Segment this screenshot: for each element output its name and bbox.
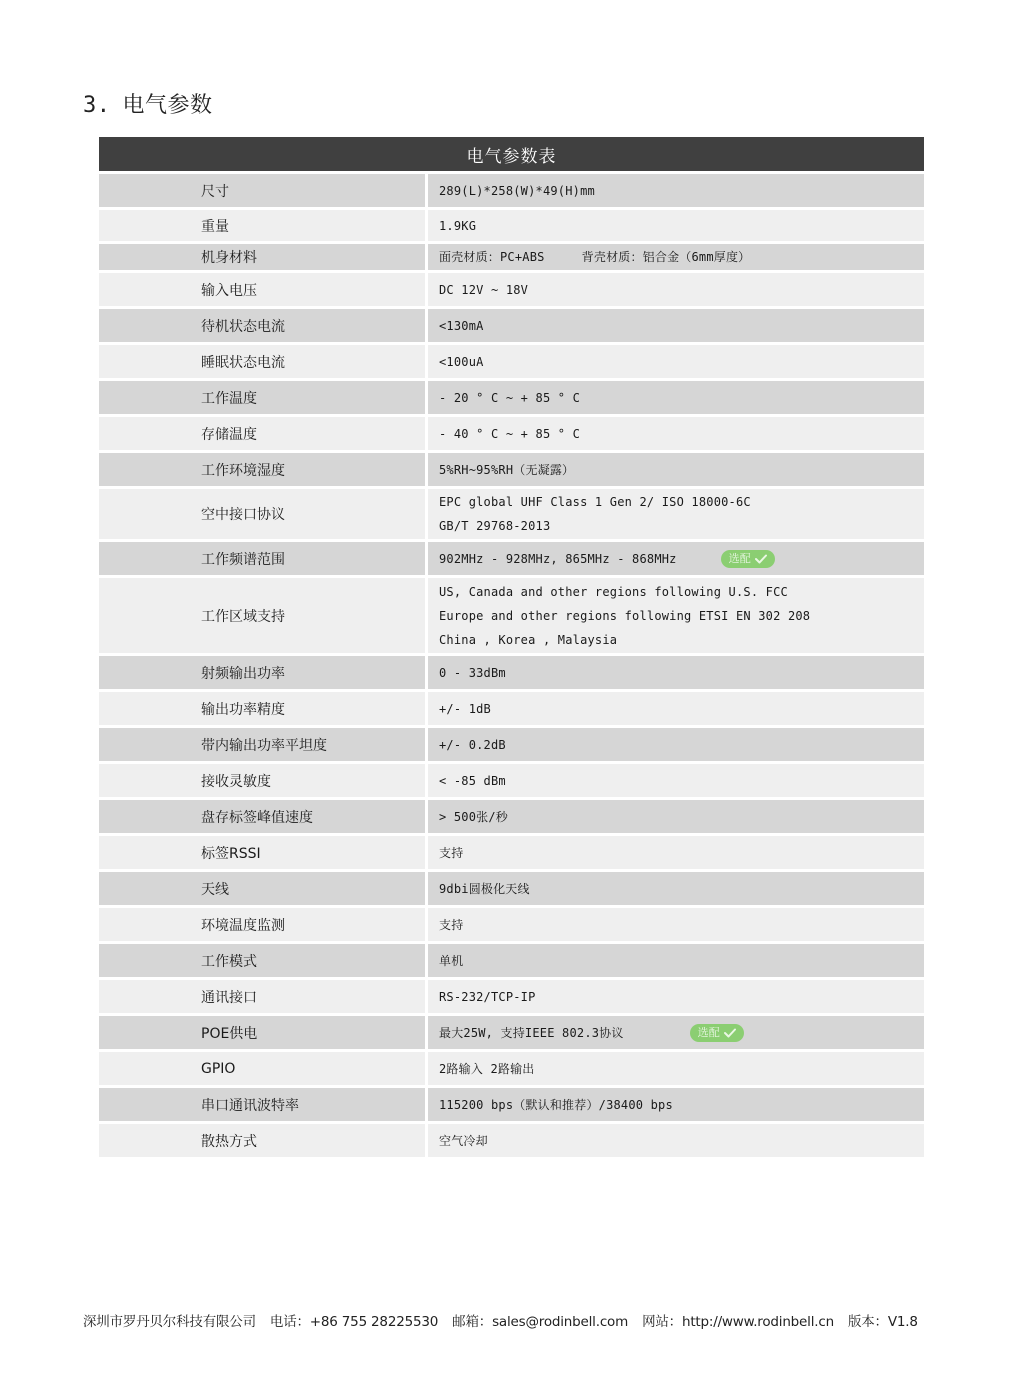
value-line: 支持 [439,913,924,937]
value-text: 115200 bps（默认和推荐）/38400 bps [439,1093,673,1117]
param-value: RS-232/TCP-IP [428,980,924,1013]
param-label: 睡眠状态电流 [99,345,425,378]
value-text: 9dbi圆极化天线 [439,877,530,901]
value-text: > 500张/秒 [439,805,508,829]
param-label: 机身材料 [99,244,425,270]
optional-badge: 选配 [721,550,775,568]
badge-label: 选配 [698,1021,720,1045]
param-value: 115200 bps（默认和推荐）/38400 bps [428,1088,924,1121]
table-row: 工作环境湿度5%RH~95%RH（无凝露） [99,453,924,486]
value-line: 5%RH~95%RH（无凝露） [439,458,924,482]
value-text: US, Canada and other regions following U… [439,580,788,604]
checkmark-icon [724,1028,736,1038]
value-line: 289(L)*258(W)*49(H)mm [439,179,924,203]
value-text: - 40 ° C ~ + 85 ° C [439,422,580,446]
table-row: 工作温度- 20 ° C ~ + 85 ° C [99,381,924,414]
value-text: 902MHz - 928MHz, 865MHz - 868MHz [439,547,677,571]
value-line: 面壳材质：PC+ABS 背壳材质：铝合金（6mm厚度） [439,245,924,269]
param-label: 存储温度 [99,417,425,450]
electrical-parameters-table: 电气参数表 尺寸289(L)*258(W)*49(H)mm重量1.9KG机身材料… [99,137,924,1160]
param-value: - 20 ° C ~ + 85 ° C [428,381,924,414]
value-line: EPC global UHF Class 1 Gen 2/ ISO 18000-… [439,490,924,514]
value-line: - 20 ° C ~ + 85 ° C [439,386,924,410]
param-value: < -85 dBm [428,764,924,797]
table-row: 接收灵敏度< -85 dBm [99,764,924,797]
param-value: 0 - 33dBm [428,656,924,689]
table-row: 工作频谱范围902MHz - 928MHz, 865MHz - 868MHz选配 [99,542,924,575]
value-text: <130mA [439,314,484,338]
checkmark-icon [755,554,767,564]
value-text: 空气冷却 [439,1129,488,1153]
param-label: 重量 [99,210,425,241]
value-line: DC 12V ~ 18V [439,278,924,302]
footer-website[interactable]: 网站：http://www.rodinbell.cn [642,1314,834,1330]
param-value: DC 12V ~ 18V [428,273,924,306]
table-row: 环境温度监测支持 [99,908,924,941]
footer-email[interactable]: 邮箱：sales@rodinbell.com [452,1314,628,1330]
value-line: GB/T 29768-2013 [439,514,924,538]
param-value: 9dbi圆极化天线 [428,872,924,905]
table-row: GPIO2路输入 2路输出 [99,1052,924,1085]
value-text: < -85 dBm [439,769,506,793]
value-line: 空气冷却 [439,1129,924,1153]
value-text: RS-232/TCP-IP [439,985,536,1009]
param-label: 工作环境湿度 [99,453,425,486]
param-value: 1.9KG [428,210,924,241]
param-value: > 500张/秒 [428,800,924,833]
param-label: 射频输出功率 [99,656,425,689]
table-row: 空中接口协议EPC global UHF Class 1 Gen 2/ ISO … [99,489,924,539]
table-row: 标签RSSI支持 [99,836,924,869]
param-value: 面壳材质：PC+ABS 背壳材质：铝合金（6mm厚度） [428,244,924,270]
param-label: 工作温度 [99,381,425,414]
param-value: 空气冷却 [428,1124,924,1157]
value-text: 单机 [439,949,463,973]
param-label: 输入电压 [99,273,425,306]
value-line: 单机 [439,949,924,973]
value-text: <100uA [439,350,484,374]
value-text: Europe and other regions following ETSI … [439,604,810,628]
param-value: 支持 [428,908,924,941]
value-line: 9dbi圆极化天线 [439,877,924,901]
value-line: 0 - 33dBm [439,661,924,685]
value-line: Europe and other regions following ETSI … [439,604,924,628]
param-value: 单机 [428,944,924,977]
param-value: 最大25W, 支持IEEE 802.3协议选配 [428,1016,924,1049]
table-row: 通讯接口RS-232/TCP-IP [99,980,924,1013]
table-row: 待机状态电流<130mA [99,309,924,342]
value-text: 289(L)*258(W)*49(H)mm [439,179,595,203]
value-line: < -85 dBm [439,769,924,793]
param-label: 工作频谱范围 [99,542,425,575]
param-value: <130mA [428,309,924,342]
section-number: 3. [83,93,111,118]
table-row: 天线9dbi圆极化天线 [99,872,924,905]
param-value: EPC global UHF Class 1 Gen 2/ ISO 18000-… [428,489,924,539]
value-text: 5%RH~95%RH（无凝露） [439,458,574,482]
value-line: China , Korea , Malaysia [439,628,924,652]
table-row: 输入电压DC 12V ~ 18V [99,273,924,306]
value-line: <100uA [439,350,924,374]
value-text: GB/T 29768-2013 [439,514,550,538]
param-label: 尺寸 [99,174,425,207]
footer-company: 深圳市罗丹贝尔科技有限公司 [83,1314,256,1330]
value-text: 最大25W, 支持IEEE 802.3协议 [439,1021,624,1045]
table-row: 睡眠状态电流<100uA [99,345,924,378]
param-value: <100uA [428,345,924,378]
value-text: EPC global UHF Class 1 Gen 2/ ISO 18000-… [439,490,751,514]
value-line: - 40 ° C ~ + 85 ° C [439,422,924,446]
param-label: 带内输出功率平坦度 [99,728,425,761]
param-value: 289(L)*258(W)*49(H)mm [428,174,924,207]
param-value: 902MHz - 928MHz, 865MHz - 868MHz选配 [428,542,924,575]
badge-label: 选配 [729,547,751,571]
table-row: 散热方式空气冷却 [99,1124,924,1157]
table-row: 盘存标签峰值速度> 500张/秒 [99,800,924,833]
section-title: 3.电气参数 [83,88,213,119]
param-label: 空中接口协议 [99,489,425,539]
param-value: 支持 [428,836,924,869]
table-row: 带内输出功率平坦度+/- 0.2dB [99,728,924,761]
value-text: 1.9KG [439,214,476,238]
table-row: 机身材料面壳材质：PC+ABS 背壳材质：铝合金（6mm厚度） [99,244,924,270]
value-line: 902MHz - 928MHz, 865MHz - 868MHz选配 [439,547,924,571]
table-row: 工作模式单机 [99,944,924,977]
param-value: +/- 0.2dB [428,728,924,761]
footer-phone: 电话：+86 755 28225530 [270,1314,438,1330]
table-row: 重量1.9KG [99,210,924,241]
page-footer: 深圳市罗丹贝尔科技有限公司电话：+86 755 28225530邮箱：sales… [83,1310,932,1330]
param-label: 串口通讯波特率 [99,1088,425,1121]
value-line: +/- 0.2dB [439,733,924,757]
table-row: 输出功率精度+/- 1dB [99,692,924,725]
value-text: 面壳材质：PC+ABS 背壳材质：铝合金（6mm厚度） [439,245,750,269]
value-line: <130mA [439,314,924,338]
optional-badge: 选配 [690,1024,744,1042]
value-line: 支持 [439,841,924,865]
value-line: US, Canada and other regions following U… [439,580,924,604]
table-row: 串口通讯波特率115200 bps（默认和推荐）/38400 bps [99,1088,924,1121]
param-label: GPIO [99,1052,425,1085]
param-value: - 40 ° C ~ + 85 ° C [428,417,924,450]
value-text: +/- 0.2dB [439,733,506,757]
value-text: - 20 ° C ~ + 85 ° C [439,386,580,410]
table-row: 存储温度- 40 ° C ~ + 85 ° C [99,417,924,450]
param-label: 接收灵敏度 [99,764,425,797]
value-text: DC 12V ~ 18V [439,278,528,302]
table-row: 工作区域支持US, Canada and other regions follo… [99,578,924,653]
value-text: +/- 1dB [439,697,491,721]
value-line: 最大25W, 支持IEEE 802.3协议选配 [439,1021,924,1045]
param-label: 盘存标签峰值速度 [99,800,425,833]
value-text: 0 - 33dBm [439,661,506,685]
value-line: RS-232/TCP-IP [439,985,924,1009]
value-text: 2路输入 2路输出 [439,1057,534,1081]
param-value: 5%RH~95%RH（无凝露） [428,453,924,486]
value-line: 2路输入 2路输出 [439,1057,924,1081]
value-line: > 500张/秒 [439,805,924,829]
value-line: 115200 bps（默认和推荐）/38400 bps [439,1093,924,1117]
param-label: POE供电 [99,1016,425,1049]
table-row: 射频输出功率0 - 33dBm [99,656,924,689]
param-label: 标签RSSI [99,836,425,869]
param-value: 2路输入 2路输出 [428,1052,924,1085]
footer-version: 版本：V1.8 [848,1314,918,1330]
param-label: 环境温度监测 [99,908,425,941]
table-row: POE供电最大25W, 支持IEEE 802.3协议选配 [99,1016,924,1049]
param-label: 输出功率精度 [99,692,425,725]
param-label: 散热方式 [99,1124,425,1157]
value-text: 支持 [439,841,463,865]
param-label: 工作模式 [99,944,425,977]
value-line: 1.9KG [439,214,924,238]
table-title: 电气参数表 [99,137,924,171]
param-label: 通讯接口 [99,980,425,1013]
table-body: 尺寸289(L)*258(W)*49(H)mm重量1.9KG机身材料面壳材质：P… [99,174,924,1157]
param-value: US, Canada and other regions following U… [428,578,924,653]
param-label: 工作区域支持 [99,578,425,653]
value-text: China , Korea , Malaysia [439,628,617,652]
param-value: +/- 1dB [428,692,924,725]
section-heading: 电气参数 [123,93,213,118]
param-label: 天线 [99,872,425,905]
value-text: 支持 [439,913,463,937]
value-line: +/- 1dB [439,697,924,721]
table-row: 尺寸289(L)*258(W)*49(H)mm [99,174,924,207]
param-label: 待机状态电流 [99,309,425,342]
